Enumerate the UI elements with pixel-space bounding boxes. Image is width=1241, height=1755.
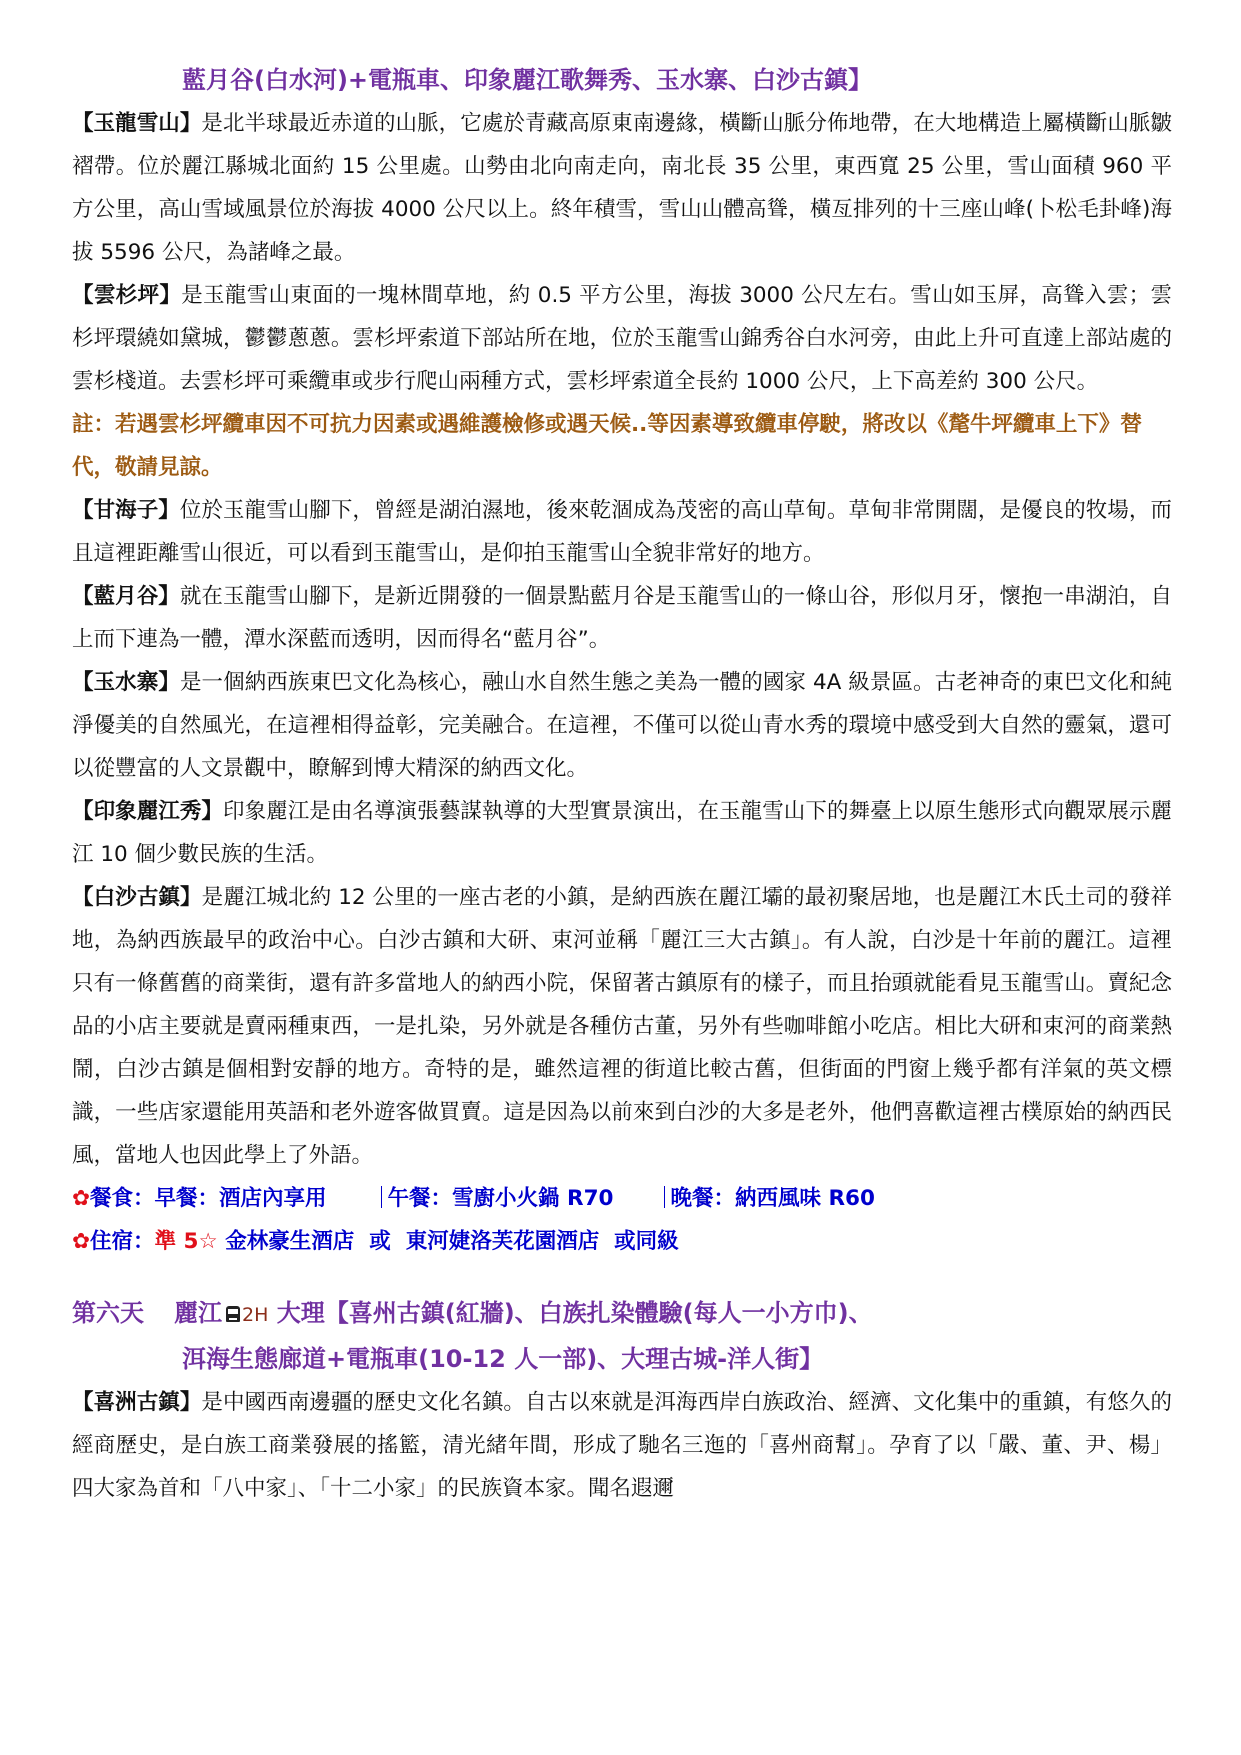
- divider: [664, 1186, 665, 1208]
- section-label: 【玉水寨】: [72, 670, 180, 695]
- travel-duration: 2H: [242, 1304, 268, 1326]
- route-from: 麗江: [174, 1299, 222, 1327]
- section-text: 是一個納西族東巴文化為核心，融山水自然生態之美為一體的國家 4A 級景區。古老神…: [72, 670, 1172, 781]
- lodging-line: ✿住宿：準 5☆ 金林豪生酒店 或 東河婕洛芙花園酒店 或同級: [72, 1220, 1172, 1263]
- itinerary-page: 藍月谷(白水河)+電瓶車、印象麗江歌舞秀、玉水寨、白沙古鎮】 【玉龍雪山】是北半…: [72, 58, 1172, 1510]
- section-text: 印象麗江是由名導演張藝謀執導的大型實景演出，在玉龍雪山下的舞臺上以原生態形式向觀…: [72, 799, 1172, 867]
- route-to: 大理: [277, 1299, 325, 1327]
- section-text: 位於玉龍雪山腳下，曾經是湖泊濕地，後來乾涸成為茂密的高山草甸。草甸非常開闊，是優…: [72, 498, 1172, 566]
- section-label: 【甘海子】: [72, 498, 180, 523]
- hotel-grade: 準 5: [155, 1229, 199, 1254]
- flower-icon: ✿: [72, 1186, 90, 1211]
- divider: [381, 1186, 382, 1208]
- meal-dinner: 晚餐：納西風味 R60: [671, 1186, 875, 1211]
- section-ganhaizi: 【甘海子】位於玉龍雪山腳下，曾經是湖泊濕地，後來乾涸成為茂密的高山草甸。草甸非常…: [72, 489, 1172, 575]
- section-label: 【喜洲古鎮】: [72, 1390, 201, 1415]
- section-text: 是中國西南邊疆的歷史文化名鎮。自古以來就是洱海西岸白族政治、經濟、文化集中的重鎮…: [72, 1390, 1172, 1501]
- bus-icon: [226, 1306, 240, 1322]
- section-label: 【藍月谷】: [72, 584, 180, 609]
- cable-car-note: 註：若遇雲杉坪纜車因不可抗力因素或遇維護檢修或遇天候..等因素導致纜車停駛，將改…: [72, 403, 1172, 489]
- section-blue-moon-valley: 【藍月谷】就在玉龍雪山腳下，是新近開發的一個景點藍月谷是玉龍雪山的一條山谷，形似…: [72, 575, 1172, 661]
- section-text: 是北半球最近赤道的山脈，它處於青藏高原東南邊緣，橫斷山脈分佈地帶，在大地構造上屬…: [72, 111, 1172, 265]
- section-yushui-village: 【玉水寨】是一個納西族東巴文化為核心，融山水自然生態之美為一體的國家 4A 級景…: [72, 661, 1172, 790]
- section-baisha-town: 【白沙古鎮】是麗江城北約 12 公里的一座古老的小鎮，是納西族在麗江壩的最初聚居…: [72, 876, 1172, 1177]
- section-spruce-meadow: 【雲杉坪】是玉龍雪山東面的一塊林間草地，約 0.5 平方公里，海拔 3000 公…: [72, 274, 1172, 403]
- section-label: 【印象麗江秀】: [72, 799, 223, 824]
- section-text: 是玉龍雪山東面的一塊林間草地，約 0.5 平方公里，海拔 3000 公尺左右。雪…: [72, 283, 1172, 394]
- section-text: 是麗江城北約 12 公里的一座古老的小鎮，是納西族在麗江壩的最初聚居地，也是麗江…: [72, 885, 1172, 1168]
- hotel-names: 金林豪生酒店 或 東河婕洛芙花園酒店 或同級: [218, 1229, 679, 1254]
- section-yulong-snow-mountain: 【玉龍雪山】是北半球最近赤道的山脈，它處於青藏高原東南邊緣，橫斷山脈分佈地帶，在…: [72, 102, 1172, 274]
- section-label: 【白沙古鎮】: [72, 885, 202, 910]
- lodging-label: 住宿：: [90, 1229, 155, 1254]
- section-label: 【雲杉坪】: [72, 283, 181, 308]
- star-icon: ☆: [198, 1229, 217, 1254]
- meals-line: ✿餐食：早餐：酒店內享用午餐：雪廚小火鍋 R70晚餐：納西風味 R60: [72, 1177, 1172, 1220]
- meals-label: 餐食：: [90, 1186, 155, 1211]
- section-impression-lijiang: 【印象麗江秀】印象麗江是由名導演張藝謀執導的大型實景演出，在玉龍雪山下的舞臺上以…: [72, 790, 1172, 876]
- meal-breakfast: 早餐：酒店內享用: [155, 1186, 327, 1211]
- section-label: 【玉龍雪山】: [72, 111, 201, 136]
- flower-icon: ✿: [72, 1229, 90, 1254]
- section-text: 就在玉龍雪山腳下，是新近開發的一個景點藍月谷是玉龍雪山的一條山谷，形似月牙，懷抱…: [72, 584, 1172, 652]
- day-title-line2: 洱海生態廊道+電瓶車(10-12 人一部)、大理古城-洋人街】: [72, 1337, 1172, 1381]
- meal-lunch: 午餐：雪廚小火鍋 R70: [388, 1186, 614, 1211]
- day-title-line1: 【喜州古鎮(紅牆)、白族扎染體驗(每人一小方巾)、: [325, 1299, 873, 1327]
- day-label: 第六天: [72, 1299, 144, 1327]
- day-title-continuation: 藍月谷(白水河)+電瓶車、印象麗江歌舞秀、玉水寨、白沙古鎮】: [72, 58, 1172, 102]
- section-xizhou-town: 【喜洲古鎮】是中國西南邊疆的歷史文化名鎮。自古以來就是洱海西岸白族政治、經濟、文…: [72, 1381, 1172, 1510]
- day6-title: 第六天麗江2H 大理【喜州古鎮(紅牆)、白族扎染體驗(每人一小方巾)、: [72, 1291, 1172, 1337]
